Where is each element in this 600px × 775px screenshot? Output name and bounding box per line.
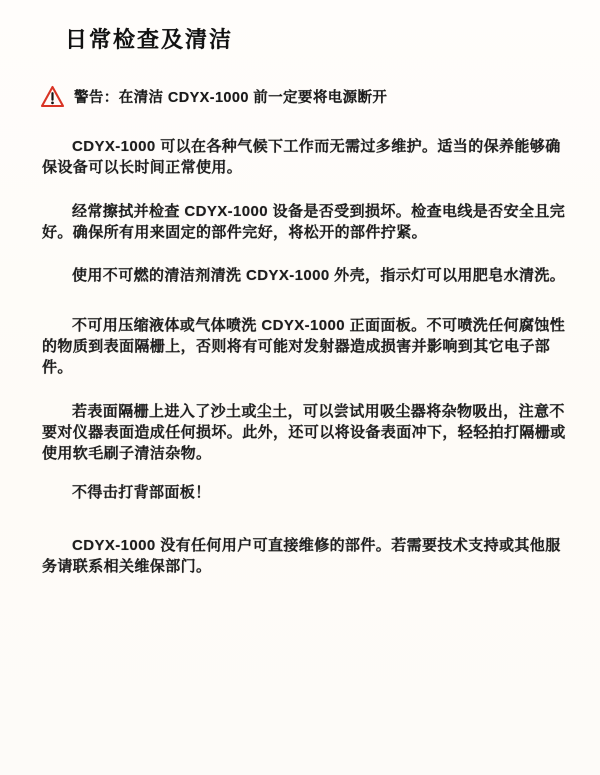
paragraph-no-hitting: 不得击打背部面板！ (42, 482, 566, 503)
document-content: 日常检查及清洁 警告：在清洁 CDYX-1000 前一定要将电源断开 CDYX-… (0, 0, 600, 577)
document-page: 日常检查及清洁 警告：在清洁 CDYX-1000 前一定要将电源断开 CDYX-… (0, 0, 600, 775)
warning-triangle-icon (40, 85, 65, 108)
page-title: 日常检查及清洁 (65, 27, 566, 53)
paragraph-inspect-wipe: 经常擦拭并检查 CDYX-1000 设备是否受到损坏。检查电线是否安全且完好。确… (42, 201, 566, 243)
paragraph-no-spray: 不可用压缩液体或气体喷洗 CDYX-1000 正面面板。不可喷洗任何腐蚀性的物质… (42, 315, 566, 378)
paragraph-cleaning-agent: 使用不可燃的清洁剂清洗 CDYX-1000 外壳，指示灯可以用肥皂水清洗。 (42, 265, 566, 286)
warning-text: 警告：在清洁 CDYX-1000 前一定要将电源断开 (74, 86, 387, 107)
warning-note: 警告：在清洁 CDYX-1000 前一定要将电源断开 (42, 84, 566, 108)
paragraph-dust-removal: 若表面隔栅上进入了沙土或尘土，可以尝试用吸尘器将杂物吸出，注意不要对仪器表面造成… (42, 401, 566, 464)
paragraph-maintenance-overview: CDYX-1000 可以在各种气候下工作而无需过多维护。适当的保养能够确保设备可… (42, 136, 566, 178)
paragraph-no-user-serviceable: CDYX-1000 没有任何用户可直接维修的部件。若需要技术支持或其他服务请联系… (42, 535, 566, 577)
